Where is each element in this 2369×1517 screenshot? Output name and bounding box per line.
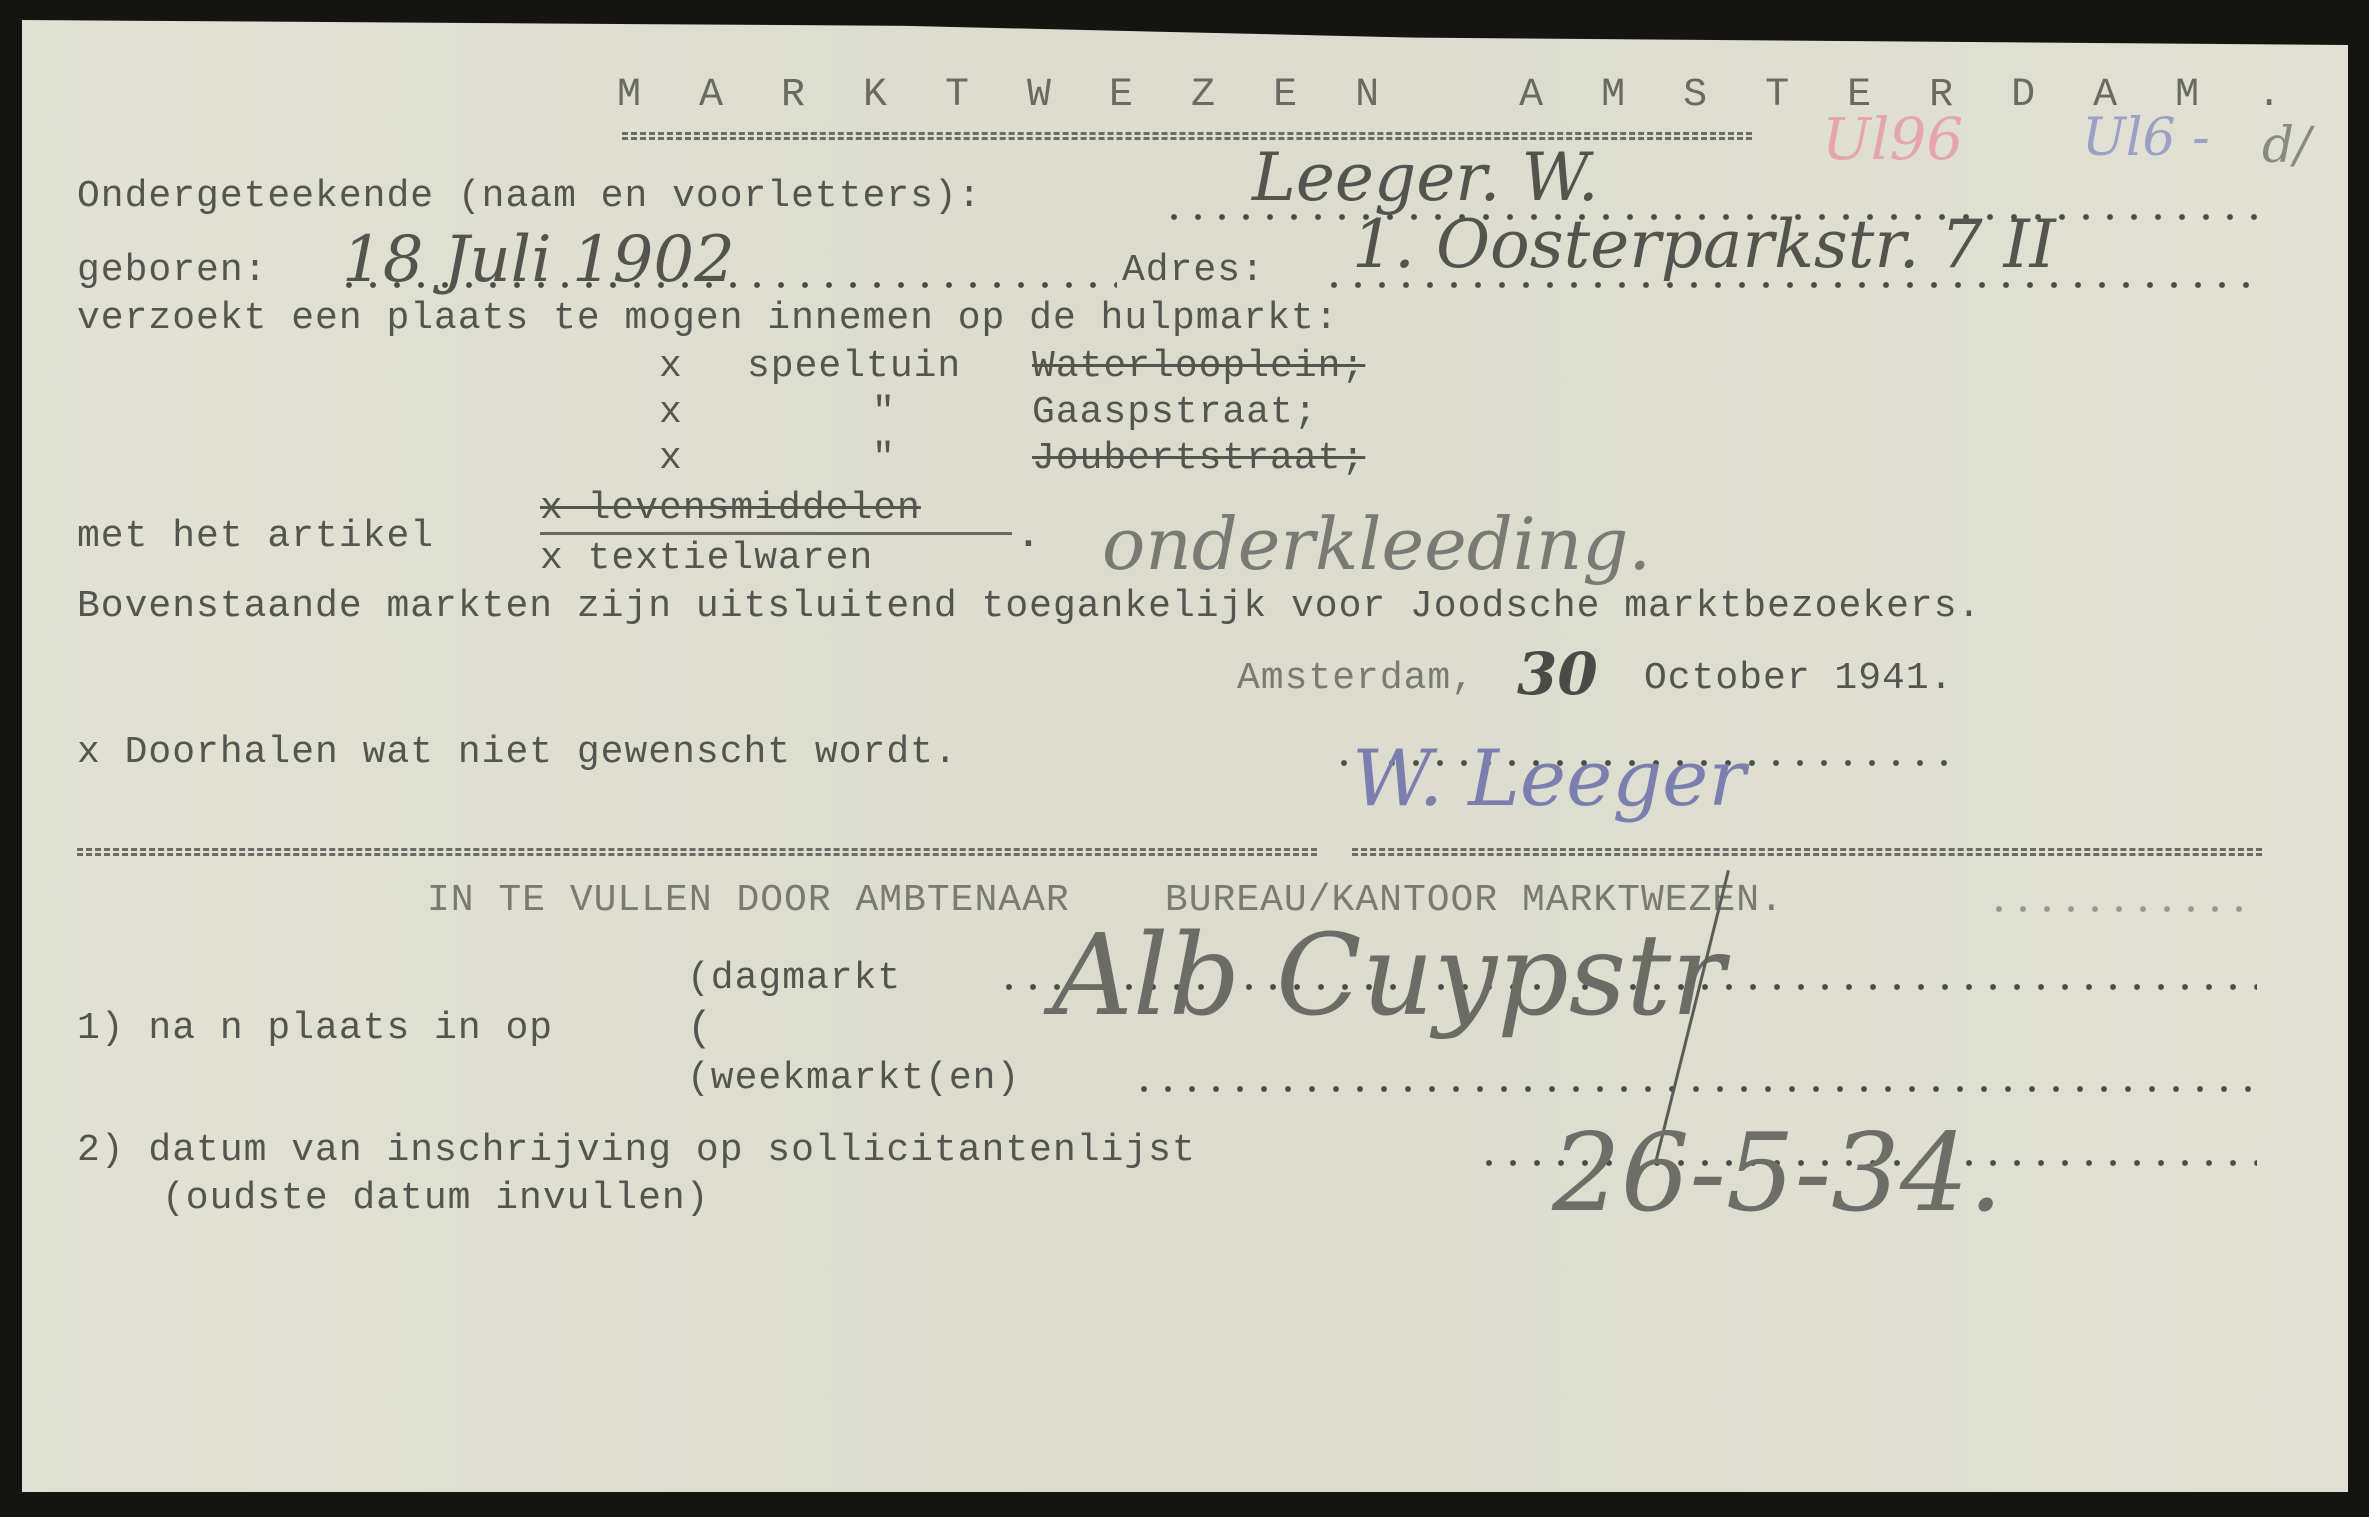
registration-date-handwritten: 26-5-34. (1552, 1120, 2003, 1228)
date-place: Amsterdam, (1237, 660, 1475, 698)
article-separator (540, 532, 1012, 535)
gray-annotation: d/ (2262, 120, 2311, 170)
article-period: . (1017, 518, 1041, 556)
market-kind: " (872, 440, 896, 478)
date-day: 30 (1517, 645, 1598, 703)
market-place-selected: Gaaspstraat; (1032, 394, 1318, 432)
date-month-year: October 1941. (1644, 660, 1953, 698)
signature: W. Leeger (1352, 740, 1746, 818)
market-place-struck: Joubertstraat; (1032, 440, 1365, 478)
article-handwritten: onderkleeding. (1102, 508, 1651, 580)
section-separator-left (77, 848, 1317, 856)
article-option-textiles: x textielwaren (540, 540, 873, 578)
document-title: M A R K T W E Z E N A M S T E R D A M . (617, 76, 2298, 116)
official-market-handwritten: Alb Cuypstr (1052, 920, 1725, 1032)
blue-annotation: Ul6 - (2082, 112, 2210, 164)
market-kind: " (872, 394, 896, 432)
archival-card: M A R K T W E Z E N A M S T E R D A M . … (22, 20, 2348, 1492)
bracket: ( (687, 1008, 713, 1050)
market-place-struck: Waterlooplein; (1032, 348, 1365, 386)
item2-sublabel: (oudste datum invullen) (162, 1180, 710, 1218)
article-label: met het artikel (77, 518, 434, 556)
name-label: Ondergeteekende (naam en voorletters): (77, 178, 982, 216)
market-mark: x (659, 348, 683, 386)
footnote: x Doorhalen wat niet gewenscht wordt. (77, 734, 958, 772)
item2-label: 2) datum van inschrijving op sollicitant… (77, 1132, 1196, 1170)
born-value: 18 Juli 1902 (342, 228, 735, 292)
address-label: Adres: (1122, 252, 1265, 290)
weekly-market-label: (weekmarkt(en) (687, 1060, 1020, 1098)
address-value: 1. Oosterparkstr. 7 II (1352, 212, 2056, 278)
born-label: geboren: (77, 252, 267, 290)
market-kind: speeltuin (747, 348, 961, 386)
weekly-market-dotted-line (1132, 1086, 2257, 1092)
market-mark: x (659, 440, 683, 478)
request-line: verzoekt een plaats te mogen innemen op … (77, 300, 1339, 338)
section-separator-right (1352, 848, 2262, 856)
market-mark: x (659, 394, 683, 432)
red-annotation: Ul96 (1822, 110, 1963, 168)
daily-market-label: (dagmarkt (687, 960, 901, 998)
item1-label: 1) na n plaats in op (77, 1010, 553, 1048)
official-header-dotted-line (1987, 906, 2257, 912)
article-option-food-struck: x levensmiddelen (540, 490, 921, 528)
name-value: Leeger. W. (1252, 145, 1599, 211)
notice-text: Bovenstaande markten zijn uitsluitend to… (77, 588, 1981, 626)
